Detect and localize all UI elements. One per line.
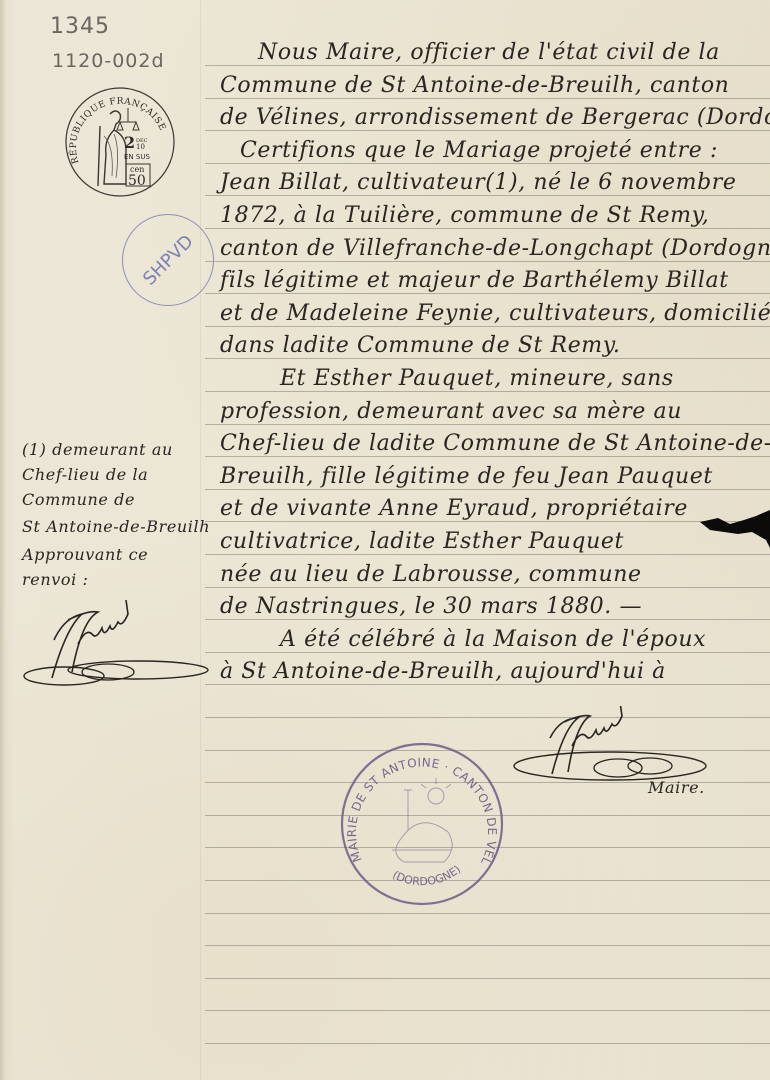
body-text-line: Commune de St Antoine-de-Breuilh, canton xyxy=(220,73,729,99)
margin-signature-icon xyxy=(8,600,218,690)
body-text-line: 1872, à la Tuilière, commune de St Remy, xyxy=(220,203,709,229)
archive-ref-2: 1120-002d xyxy=(52,50,165,72)
margin-note-line: Commune de xyxy=(22,490,135,510)
archive-ref-1: 1345 xyxy=(50,14,110,39)
body-text-line: A été célébré à la Maison de l'époux xyxy=(280,627,706,653)
mairie-seal-icon: MAIRIE DE ST ANTOINE · CANTON DE VÉLINES… xyxy=(338,740,506,908)
ruled-line xyxy=(205,1010,770,1011)
shpvd-collection-stamp: SHPVD xyxy=(122,214,214,306)
ruled-line xyxy=(205,913,770,914)
body-text-line: Et Esther Pauquet, mineure, sans xyxy=(280,366,674,392)
svg-text:RÉPUBLIQUE FRANÇAISE: RÉPUBLIQUE FRANÇAISE xyxy=(67,97,167,165)
svg-text:(DORDOGNE): (DORDOGNE) xyxy=(390,863,463,889)
body-text-line: et de Madeleine Feynie, cultivateurs, do… xyxy=(220,301,770,327)
svg-text:EN SUS: EN SUS xyxy=(124,153,150,161)
body-text-line: à St Antoine-de-Breuilh, aujourd'hui à xyxy=(220,659,666,685)
body-text-line: née au lieu de Labrousse, commune xyxy=(220,562,642,588)
margin-fold xyxy=(200,0,201,1080)
margin-note-line: Approuvant ce xyxy=(22,545,148,565)
body-text-line: fils légitime et majeur de Barthélemy Bi… xyxy=(220,268,729,294)
svg-text:10: 10 xyxy=(136,143,145,151)
body-text-line: dans ladite Commune de St Remy. xyxy=(220,333,620,359)
body-text-line: Chef-lieu de ladite Commune de St Antoin… xyxy=(220,431,770,457)
ruled-line xyxy=(205,1043,770,1044)
document-page: 1345 1120-002d RÉPUBLIQUE FRANÇAISE 2 DÉ… xyxy=(0,0,770,1080)
svg-text:MAIRIE DE ST ANTOINE · CANTON: MAIRIE DE ST ANTOINE · CANTON DE VÉLINES xyxy=(338,740,499,867)
ruled-line xyxy=(205,945,770,946)
svg-text:50: 50 xyxy=(128,173,146,189)
ruled-line xyxy=(205,978,770,979)
fiscal-stamp-icon: RÉPUBLIQUE FRANÇAISE 2 DÉC 10 EN SUS cen… xyxy=(64,86,176,198)
margin-note-line: renvoi : xyxy=(22,570,89,590)
body-text-line: Nous Maire, officier de l'état civil de … xyxy=(258,40,720,66)
page-edge xyxy=(0,0,6,1080)
body-text-line: Jean Billat, cultivateur(1), né le 6 nov… xyxy=(220,170,737,196)
body-text-line: profession, demeurant avec sa mère au xyxy=(220,399,682,425)
paper-tear xyxy=(700,510,770,570)
body-text-line: de Nastringues, le 30 mars 1880. — xyxy=(220,594,642,620)
maire-title: Maire. xyxy=(648,778,705,797)
body-text-line: de Vélines, arrondissement de Bergerac (… xyxy=(220,105,770,131)
margin-note-line: St Antoine-de-Breuilh xyxy=(22,517,210,537)
shpvd-stamp-text: SHPVD xyxy=(104,196,231,323)
body-text-line: Breuilh, fille légitime de feu Jean Pauq… xyxy=(220,464,713,490)
body-text-line: canton de Villefranche-de-Longchapt (Dor… xyxy=(220,236,770,262)
body-text-line: cultivatrice, ladite Esther Pauquet xyxy=(220,529,624,555)
svg-text:2: 2 xyxy=(124,133,135,152)
maire-signature-icon xyxy=(510,706,730,786)
margin-note-line: (1) demeurant au xyxy=(22,440,173,460)
margin-note-line: Chef-lieu de la xyxy=(22,465,148,485)
body-text-line: et de vivante Anne Eyraud, propriétaire xyxy=(220,496,688,522)
body-text-line: Certifions que le Mariage projeté entre … xyxy=(240,138,718,164)
